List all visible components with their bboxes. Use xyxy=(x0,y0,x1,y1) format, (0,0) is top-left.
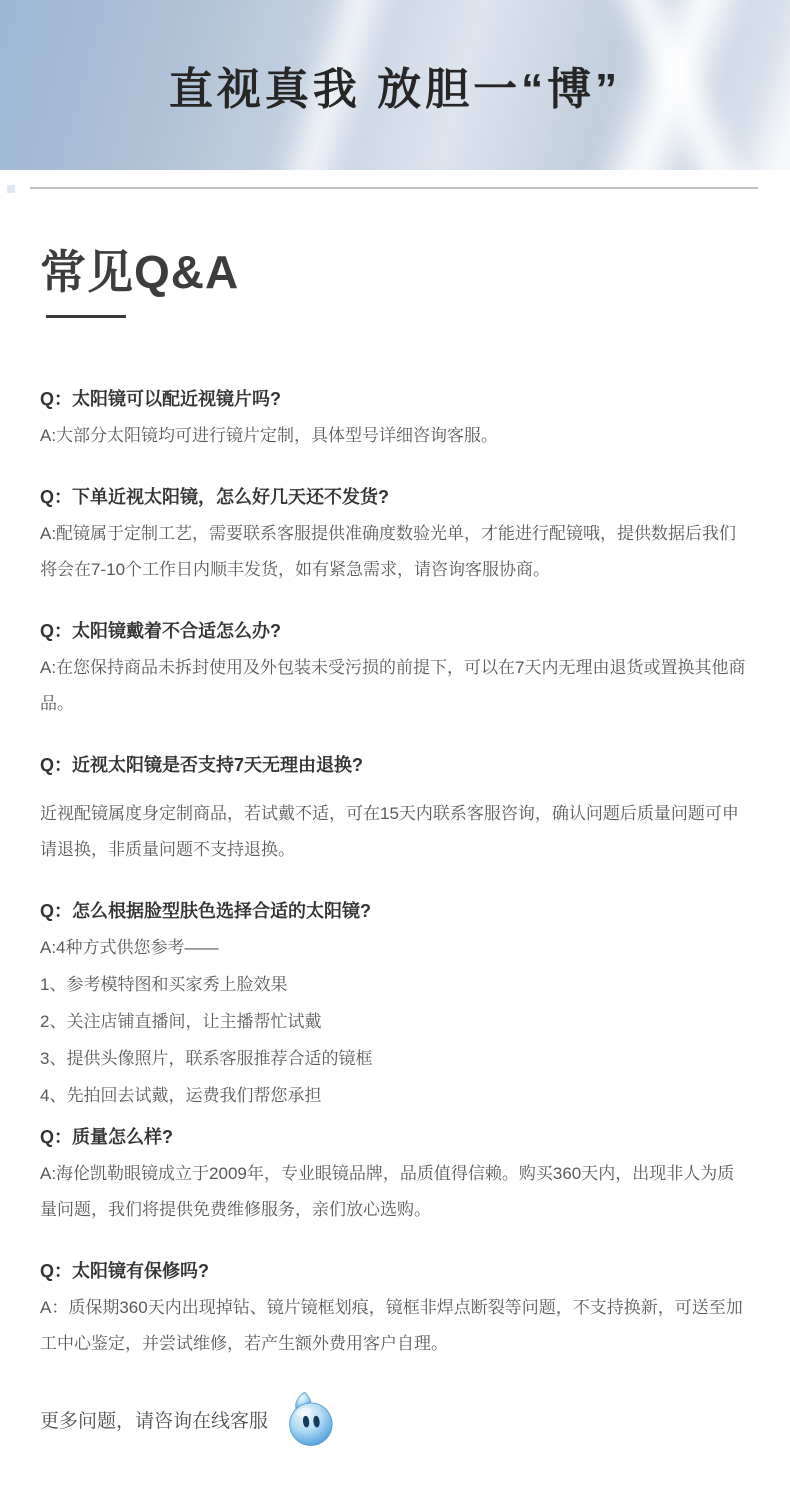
answer-text: A:在您保持商品未拆封使用及外包装未受污损的前提下，可以在7天内无理由退货或置换… xyxy=(40,650,750,722)
answer-list-item: 4、先拍回去试戴，运费我们帮您承担 xyxy=(40,1077,750,1114)
faq-content: 常见Q&A Q：太阳镜可以配近视镜片吗? A:大部分太阳镜均可进行镜片定制，具体… xyxy=(0,245,790,1502)
faq-item: Q：太阳镜戴着不合适怎么办? A:在您保持商品未拆封使用及外包装未受污损的前提下… xyxy=(40,616,750,722)
answer-list-item: 1、参考模特图和买家秀上脸效果 xyxy=(40,966,750,1003)
faq-item: Q：近视太阳镜是否支持7天无理由退换? 近视配镜属度身定制商品，若试戴不适，可在… xyxy=(40,750,750,868)
answer-text: A:配镜属于定制工艺，需要联系客服提供准确度数验光单，才能进行配镜哦，提供数据后… xyxy=(40,516,750,588)
page-title: 常见Q&A xyxy=(40,245,750,299)
banner-headline: 直视真我 放胆一“博” xyxy=(0,53,790,117)
question-text: Q：下单近视太阳镜，怎么好几天还不发货? xyxy=(40,482,750,512)
divider xyxy=(0,187,790,189)
title-underline xyxy=(46,315,126,318)
answer-text: 近视配镜属度身定制商品，若试戴不适，可在15天内联系客服咨询，确认问题后质量问题… xyxy=(40,796,750,868)
answer-text: A:4种方式供您参考—— xyxy=(40,930,750,966)
divider-accent xyxy=(7,185,15,193)
answer-list: 1、参考模特图和买家秀上脸效果 2、关注店铺直播间，让主播帮忙试戴 3、提供头像… xyxy=(40,966,750,1114)
question-text: Q：怎么根据脸型肤色选择合适的太阳镜? xyxy=(40,896,750,926)
divider-line xyxy=(30,187,758,189)
footer-text: 更多问题，请咨询在线客服 xyxy=(40,1406,268,1433)
question-text: Q：太阳镜有保修吗? xyxy=(40,1256,750,1286)
faq-section: Q：太阳镜可以配近视镜片吗? A:大部分太阳镜均可进行镜片定制，具体型号详细咨询… xyxy=(40,384,750,1362)
faq-item: Q：怎么根据脸型肤色选择合适的太阳镜? A:4种方式供您参考—— 1、参考模特图… xyxy=(40,896,750,1114)
faq-item: Q：下单近视太阳镜，怎么好几天还不发货? A:配镜属于定制工艺，需要联系客服提供… xyxy=(40,482,750,588)
answer-text: A：质保期360天内出现掉钻、镜片镜框划痕，镜框非焊点断裂等问题，不支持换新，可… xyxy=(40,1290,750,1362)
answer-list-item: 3、提供头像照片，联系客服推荐合适的镜框 xyxy=(40,1040,750,1077)
faq-item: Q：质量怎么样? A:海伦凯勒眼镜成立于2009年，专业眼镜品牌，品质值得信赖。… xyxy=(40,1122,750,1228)
question-text: Q：质量怎么样? xyxy=(40,1122,750,1152)
footer-note: 更多问题，请咨询在线客服 xyxy=(40,1390,750,1448)
question-text: Q：太阳镜可以配近视镜片吗? xyxy=(40,384,750,414)
hero-banner: 直视真我 放胆一“博” xyxy=(0,0,790,170)
answer-text: A:大部分太阳镜均可进行镜片定制，具体型号详细咨询客服。 xyxy=(40,418,750,454)
faq-item: Q：太阳镜有保修吗? A：质保期360天内出现掉钻、镜片镜框划痕，镜框非焊点断裂… xyxy=(40,1256,750,1362)
question-text: Q：太阳镜戴着不合适怎么办? xyxy=(40,616,750,646)
faq-page: 直视真我 放胆一“博” 常见Q&A Q：太阳镜可以配近视镜片吗? A:大部分太阳… xyxy=(0,0,790,1505)
question-text: Q：近视太阳镜是否支持7天无理由退换? xyxy=(40,750,750,780)
wangwang-chat-icon[interactable] xyxy=(284,1390,336,1448)
answer-list-item: 2、关注店铺直播间，让主播帮忙试戴 xyxy=(40,1003,750,1040)
answer-text: A:海伦凯勒眼镜成立于2009年，专业眼镜品牌，品质值得信赖。购买360天内，出… xyxy=(40,1156,750,1228)
faq-item: Q：太阳镜可以配近视镜片吗? A:大部分太阳镜均可进行镜片定制，具体型号详细咨询… xyxy=(40,384,750,454)
